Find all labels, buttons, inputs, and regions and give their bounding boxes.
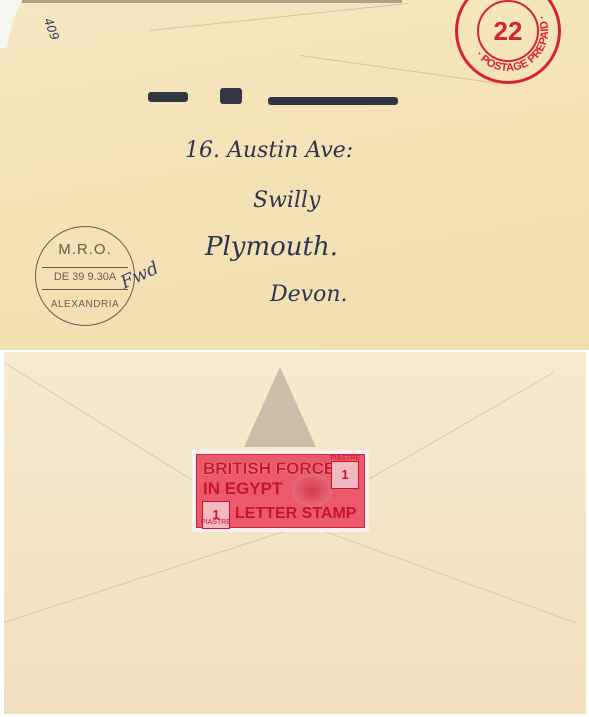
postmark-town: ALEXANDRIA xyxy=(36,299,134,310)
postmark-line1: M.R.O. xyxy=(36,241,134,258)
stamp-title-line1: BRITISH FORCES xyxy=(203,459,347,479)
postmark-bar xyxy=(42,289,128,290)
flap-edge xyxy=(314,527,577,624)
censored-scribble xyxy=(148,92,188,102)
postmark-bar xyxy=(42,267,128,268)
flap-edge xyxy=(4,529,289,623)
envelope-top-edge xyxy=(22,0,402,3)
postage-prepaid-mark: · POSTAGE PREPAID · 22 xyxy=(455,0,561,84)
censored-scribble xyxy=(220,88,242,104)
stamp-design: BRITISH FORCES IN EGYPT 1 PIASTRE 1 PIAS… xyxy=(196,454,365,528)
postage-number: 22 xyxy=(477,0,539,62)
triangular-cancel-mark xyxy=(244,367,316,447)
address-line-1: 16. Austin Ave: xyxy=(185,138,353,163)
torn-corner xyxy=(0,0,22,48)
letter-stamp: BRITISH FORCES IN EGYPT 1 PIASTRE 1 PIAS… xyxy=(192,450,369,532)
paper-crease xyxy=(150,3,409,31)
censored-scribble xyxy=(268,97,398,105)
stamp-unit-top: PIASTRE xyxy=(330,455,360,462)
stamp-unit-bottom: PIASTRE xyxy=(201,519,231,526)
envelope-front: 409 16. Austin Ave: Swilly Plymouth. Dev… xyxy=(0,0,589,350)
stamp-value-top: 1 xyxy=(331,461,359,489)
stamp-title-line3: LETTER STAMP xyxy=(235,505,356,523)
envelope-back: BRITISH FORCES IN EGYPT 1 PIASTRE 1 PIAS… xyxy=(4,352,586,714)
address-line-3: Plymouth. xyxy=(205,232,338,262)
stamp-title-line2: IN EGYPT xyxy=(203,479,282,499)
pencil-note: 409 xyxy=(41,16,62,42)
address-line-4: Devon. xyxy=(270,282,348,307)
address-line-2: Swilly xyxy=(253,188,320,213)
